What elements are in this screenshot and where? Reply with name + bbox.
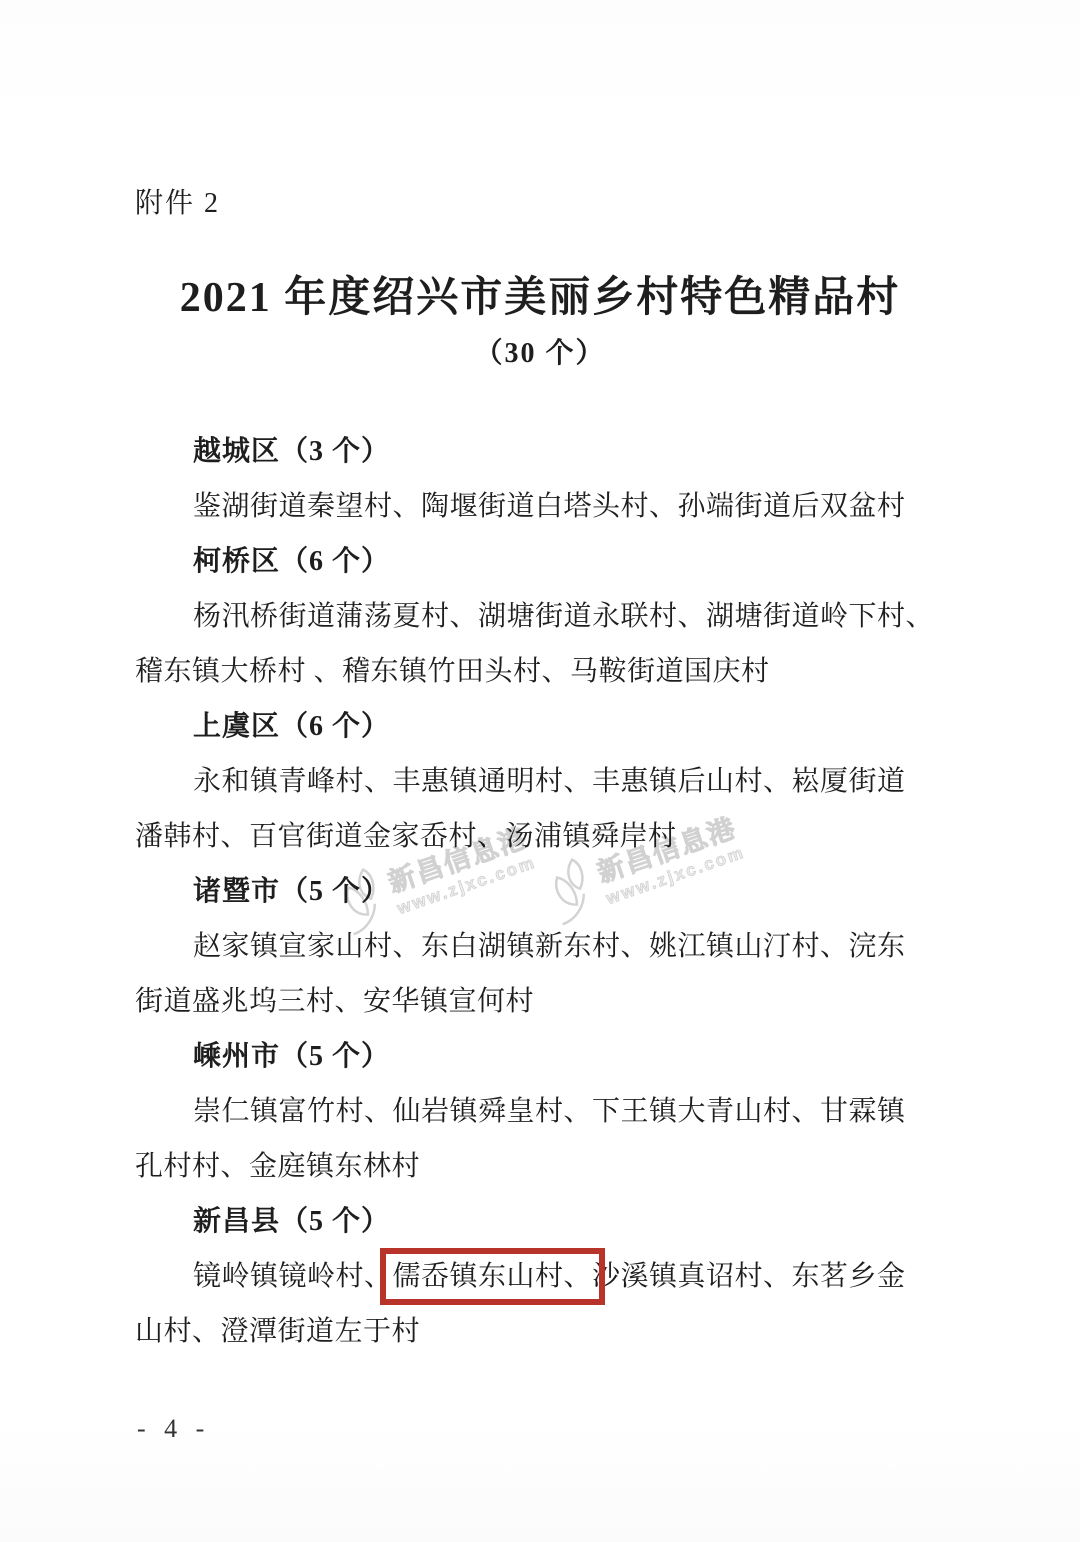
highlighted-village: 儒岙镇东山村、 [393, 1261, 593, 1292]
section-header-yuecheng: 越城区（3 个） [135, 424, 950, 479]
village-line: 孔村村、金庭镇东林村 [135, 1139, 950, 1194]
document-page: 附件 2 2021 年度绍兴市美丽乡村特色精品村 （30 个） 新昌信息港 ww… [0, 0, 1080, 1542]
village-list: 越城区（3 个） 鉴湖街道秦望村、陶堰街道白塔头村、孙端街道后双盆村 柯桥区（6… [135, 424, 950, 1359]
section-header-xinchang: 新昌县（5 个） [135, 1194, 950, 1249]
document-count-subtitle: （30 个） [0, 331, 1080, 371]
village-line: 杨汛桥街道蒲荡夏村、湖塘街道永联村、湖塘街道岭下村、 [135, 589, 950, 644]
village-line: 崇仁镇富竹村、仙岩镇舜皇村、下王镇大青山村、甘霖镇 [135, 1084, 950, 1139]
village-line: 鉴湖街道秦望村、陶堰街道白塔头村、孙端街道后双盆村 [135, 479, 950, 534]
section-header-shangyu: 上虞区（6 个） [135, 699, 950, 754]
document-title: 2021 年度绍兴市美丽乡村特色精品村 [0, 264, 1080, 324]
section-header-zhuji: 诸暨市（5 个） [135, 864, 950, 919]
village-line: 街道盛兆坞三村、安华镇宣何村 [135, 974, 950, 1029]
village-line: 赵家镇宣家山村、东白湖镇新东村、姚江镇山汀村、浣东 [135, 919, 950, 974]
village-line: 稽东镇大桥村 、稽东镇竹田头村、马鞍街道国庆村 [135, 644, 950, 699]
village-line: 潘韩村、百官街道金家岙村、汤浦镇舜岸村 [135, 809, 950, 864]
attachment-label: 附件 2 [135, 181, 220, 221]
section-header-shengzhou: 嵊州市（5 个） [135, 1029, 950, 1084]
village-line: 镜岭镇镜岭村、儒岙镇东山村、沙溪镇真诏村、东茗乡金 [135, 1249, 950, 1304]
page-number: - 4 - [137, 1414, 210, 1444]
village-line: 永和镇青峰村、丰惠镇通明村、丰惠镇后山村、崧厦街道 [135, 754, 950, 809]
village-line-segment: 沙溪镇真诏村、东茗乡金 [592, 1261, 906, 1292]
village-line-segment: 镜岭镇镜岭村、 [193, 1261, 393, 1292]
village-line: 山村、澄潭街道左于村 [135, 1304, 950, 1359]
section-header-keqiao: 柯桥区（6 个） [135, 534, 950, 589]
